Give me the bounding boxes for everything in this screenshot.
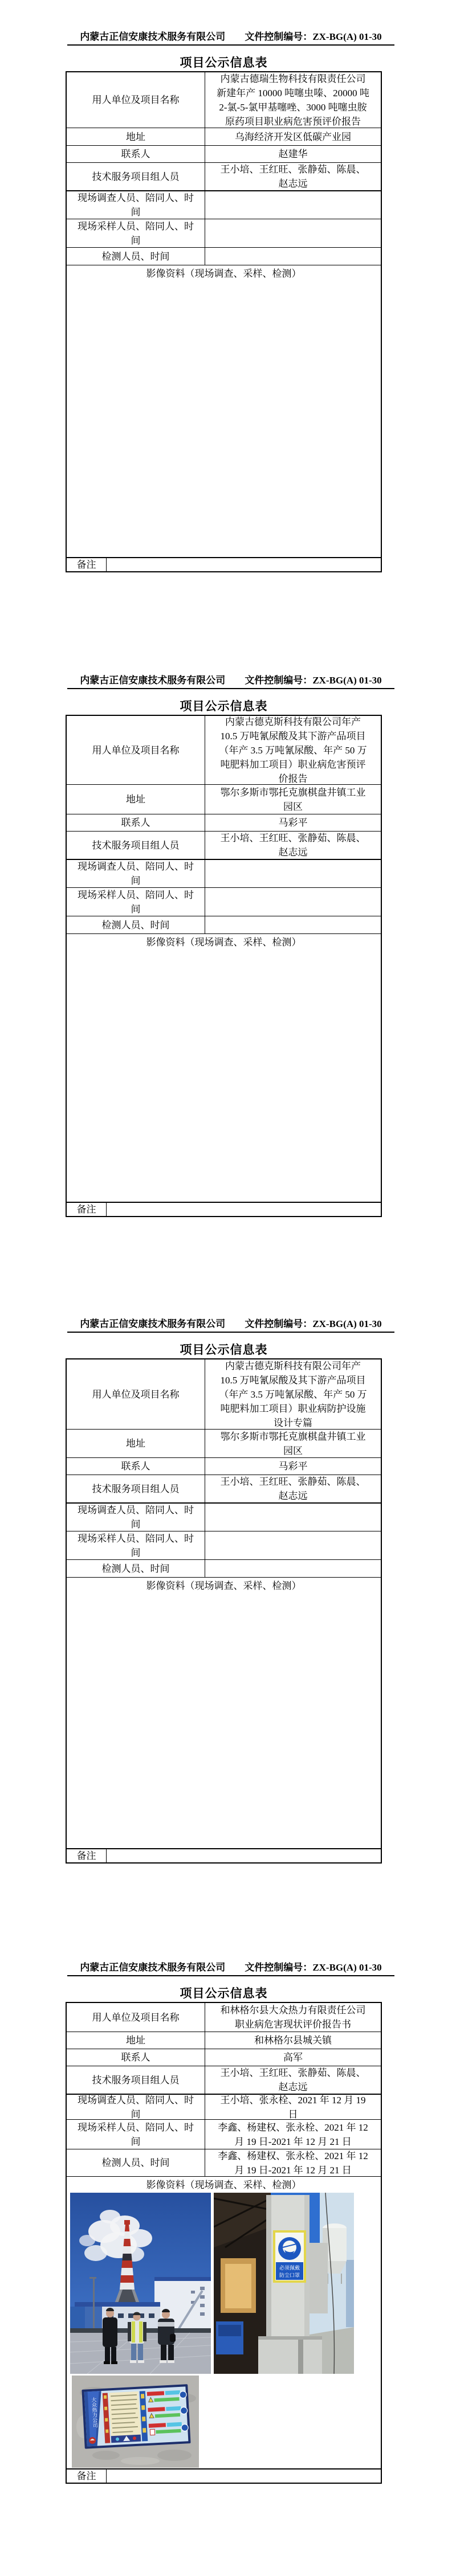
row-survey: 现场调查人员、陪同人、时 间 (67, 859, 381, 887)
row-employer: 用人单位及项目名称 和林格尔县大众热力有限责任公司 职业病危害现状评价报告书 (67, 2003, 381, 2032)
row-address: 地址 鄂尔多斯市鄂托克旗棋盘井镇工业 园区 (67, 1429, 381, 1457)
testing-value (205, 248, 381, 265)
row-survey: 现场调查人员、陪同人、时 间 王小培、张永栓、2021 年 12 月 19 日 (67, 2094, 381, 2119)
row-employer: 用人单位及项目名称 内蒙古德瑞生物科技有限责任公司 新建年产 10000 吨噻虫… (67, 72, 381, 128)
team-value: 王小培、王红旺、张静茹、陈晨、 赵志远 (205, 1475, 381, 1502)
doc-control-value: ZX-BG(A) 01-30 (312, 1962, 381, 1973)
row-team: 技术服务项目组人员 王小培、王红旺、张静茹、陈晨、 赵志远 (67, 2066, 381, 2094)
contact-label: 联系人 (67, 2049, 205, 2066)
row-survey: 现场调查人员、陪同人、时 间 (67, 1502, 381, 1531)
sheet-title: 项目公示信息表 (66, 697, 382, 714)
project-info-table: 用人单位及项目名称 内蒙古德克斯科技有限公司年产 10.5 万吨氰尿酸及其下游产… (66, 715, 382, 1217)
team-value: 王小培、王红旺、张静茹、陈晨、 赵志远 (205, 832, 381, 859)
row-remark: 备注 (67, 1848, 381, 1862)
row-remark: 备注 (67, 2468, 381, 2483)
row-remark: 备注 (67, 1202, 381, 1216)
doc-control-value: ZX-BG(A) 01-30 (312, 1318, 381, 1329)
row-contact: 联系人 马彩平 (67, 1457, 381, 1475)
row-team: 技术服务项目组人员 王小培、王红旺、张静茹、陈晨、 赵志远 (67, 162, 381, 190)
sheet-title: 项目公示信息表 (66, 1984, 382, 2001)
photo-notice-board: 大众热力公司 (72, 2376, 199, 2468)
company-name: 内蒙古正信安康技术服务有限公司 (80, 1316, 225, 1330)
address-label: 地址 (67, 1430, 205, 1457)
survey-value (205, 860, 381, 887)
contact-value: 高军 (205, 2049, 381, 2066)
sampling-value (205, 219, 381, 247)
doc-header: 内蒙古正信安康技术服务有限公司 文件控制编号：ZX-BG(A) 01-30 (67, 1316, 394, 1333)
doc-header: 内蒙古正信安康技术服务有限公司 文件控制编号：ZX-BG(A) 01-30 (67, 672, 394, 689)
row-employer: 用人单位及项目名称 内蒙古德克斯科技有限公司年产 10.5 万吨氰尿酸及其下游产… (67, 716, 381, 784)
address-value: 乌海经济开发区低碳产业园 (205, 128, 381, 145)
survey-label: 现场调查人员、陪同人、时 间 (67, 1504, 205, 1531)
team-label: 技术服务项目组人员 (67, 832, 205, 859)
sampling-value (205, 888, 381, 916)
row-address: 地址 鄂尔多斯市鄂托克旗棋盘井镇工业 园区 (67, 784, 381, 814)
row-sampling: 现场采样人员、陪同人、时 间 (67, 219, 381, 247)
sheet-title: 项目公示信息表 (66, 1341, 382, 1358)
testing-value (205, 916, 381, 933)
contact-label: 联系人 (67, 1458, 205, 1475)
media-label: 影像资料（现场调查、采样、检测） (67, 2177, 381, 2192)
remark-value (107, 1203, 381, 1216)
row-team: 技术服务项目组人员 王小培、王红旺、张静茹、陈晨、 赵志远 (67, 1475, 381, 1502)
employer-label: 用人单位及项目名称 (67, 72, 205, 128)
media-label: 影像资料（现场调查、采样、检测） (67, 265, 381, 281)
doc-control-label: 文件控制编号： (245, 675, 312, 686)
team-label: 技术服务项目组人员 (67, 163, 205, 190)
dust-mask-sign: 必须佩戴 防尘口罩 (274, 2231, 305, 2282)
team-label: 技术服务项目组人员 (67, 2066, 205, 2094)
mask-sign-text-line1: 必须佩戴 (279, 2264, 300, 2271)
remark-label: 备注 (67, 2469, 107, 2483)
doc-control-value: ZX-BG(A) 01-30 (312, 675, 381, 686)
row-media: 影像资料（现场调查、采样、检测） (67, 1577, 381, 1848)
team-value: 王小培、王红旺、张静茹、陈晨、 赵志远 (205, 163, 381, 190)
remark-label: 备注 (67, 1203, 107, 1216)
employer-value: 和林格尔县大众热力有限责任公司 职业病危害现状评价报告书 (205, 2003, 381, 2032)
row-survey: 现场调查人员、陪同人、时 间 (67, 190, 381, 219)
doc-header: 内蒙古正信安康技术服务有限公司 文件控制编号：ZX-BG(A) 01-30 (67, 28, 394, 46)
row-remark: 备注 (67, 557, 381, 571)
sampling-label: 现场采样人员、陪同人、时 间 (67, 2120, 205, 2149)
survey-label: 现场调查人员、陪同人、时 间 (67, 860, 205, 887)
contact-value: 马彩平 (205, 814, 381, 831)
project-info-table: 用人单位及项目名称 和林格尔县大众热力有限责任公司 职业病危害现状评价报告书 地… (66, 2002, 382, 2484)
page-1: 内蒙古正信安康技术服务有限公司 文件控制编号：ZX-BG(A) 01-30 项目… (0, 0, 456, 644)
page-2: 内蒙古正信安康技术服务有限公司 文件控制编号：ZX-BG(A) 01-30 项目… (0, 644, 456, 1287)
row-sampling: 现场采样人员、陪同人、时 间 李鑫、杨建权、张永栓、2021 年 12 月 19… (67, 2119, 381, 2149)
employer-value: 内蒙古德克斯科技有限公司年产 10.5 万吨氰尿酸及其下游产品项目 （年产 3.… (205, 716, 381, 784)
doc-control-number: 文件控制编号：ZX-BG(A) 01-30 (245, 672, 381, 686)
doc-control-label: 文件控制编号： (245, 1962, 312, 1973)
doc-control-label: 文件控制编号： (245, 31, 312, 42)
remark-label: 备注 (67, 1849, 107, 1862)
doc-control-number: 文件控制编号：ZX-BG(A) 01-30 (245, 28, 381, 43)
photo-site-survey (70, 2193, 211, 2374)
mask-sign-text-line2: 防尘口罩 (279, 2272, 300, 2278)
remark-label: 备注 (67, 558, 107, 571)
testing-label: 检测人员、时间 (67, 2149, 205, 2176)
survey-label: 现场调查人员、陪同人、时 间 (67, 2095, 205, 2119)
contact-value: 马彩平 (205, 1458, 381, 1475)
remark-value (107, 2469, 381, 2483)
row-testing: 检测人员、时间 (67, 1559, 381, 1577)
address-value: 鄂尔多斯市鄂托克旗棋盘井镇工业 园区 (205, 785, 381, 814)
row-media: 影像资料（现场调查、采样、检测） (67, 2176, 381, 2468)
doc-header: 内蒙古正信安康技术服务有限公司 文件控制编号：ZX-BG(A) 01-30 (67, 1959, 394, 1976)
address-label: 地址 (67, 2032, 205, 2049)
row-sampling: 现场采样人员、陪同人、时 间 (67, 1531, 381, 1559)
photo-mask-sign: 必须佩戴 防尘口罩 (214, 2193, 354, 2374)
address-label: 地址 (67, 785, 205, 814)
doc-control-value: ZX-BG(A) 01-30 (312, 31, 381, 42)
row-testing: 检测人员、时间 (67, 916, 381, 933)
company-name: 内蒙古正信安康技术服务有限公司 (80, 672, 225, 686)
row-media: 影像资料（现场调查、采样、检测） (67, 933, 381, 1202)
row-contact: 联系人 马彩平 (67, 814, 381, 831)
row-contact: 联系人 赵建华 (67, 145, 381, 162)
sheet-title: 项目公示信息表 (66, 54, 382, 71)
employer-value: 内蒙古德瑞生物科技有限责任公司 新建年产 10000 吨噻虫嗪、20000 吨 … (205, 72, 381, 128)
survey-value (205, 1504, 381, 1531)
address-value: 和林格尔县城关镇 (205, 2032, 381, 2049)
doc-control-label: 文件控制编号： (245, 1318, 312, 1329)
contact-label: 联系人 (67, 814, 205, 831)
media-label: 影像资料（现场调查、采样、检测） (67, 934, 381, 949)
row-address: 地址 和林格尔县城关镇 (67, 2032, 381, 2049)
row-employer: 用人单位及项目名称 内蒙古德克斯科技有限公司年产 10.5 万吨氰尿酸及其下游产… (67, 1359, 381, 1429)
site-survey-photo-graphic (70, 2193, 211, 2374)
page-3: 内蒙古正信安康技术服务有限公司 文件控制编号：ZX-BG(A) 01-30 项目… (0, 1287, 456, 1931)
employer-value: 内蒙古德克斯科技有限公司年产 10.5 万吨氰尿酸及其下游产品项目 （年产 3.… (205, 1359, 381, 1429)
survey-value (205, 191, 381, 219)
row-sampling: 现场采样人员、陪同人、时 间 (67, 887, 381, 916)
notice-board: 大众热力公司 (82, 2384, 190, 2449)
sampling-value: 李鑫、杨建权、张永栓、2021 年 12 月 19 日-2021 年 12 月 … (205, 2120, 381, 2149)
testing-value: 李鑫、杨建权、张永栓、2021 年 12 月 19 日-2021 年 12 月 … (205, 2149, 381, 2176)
survey-label: 现场调查人员、陪同人、时 间 (67, 191, 205, 219)
row-testing: 检测人员、时间 (67, 247, 381, 265)
contact-value: 赵建华 (205, 146, 381, 162)
company-name: 内蒙古正信安康技术服务有限公司 (80, 1959, 225, 1973)
address-label: 地址 (67, 128, 205, 145)
contact-label: 联系人 (67, 146, 205, 162)
mask-sign-photo-graphic: 必须佩戴 防尘口罩 (214, 2193, 354, 2374)
remark-value (107, 1849, 381, 1862)
testing-label: 检测人员、时间 (67, 916, 205, 933)
team-label: 技术服务项目组人员 (67, 1475, 205, 1502)
sampling-label: 现场采样人员、陪同人、时 间 (67, 1531, 205, 1559)
doc-control-number: 文件控制编号：ZX-BG(A) 01-30 (245, 1959, 381, 1973)
row-testing: 检测人员、时间 李鑫、杨建权、张永栓、2021 年 12 月 19 日-2021… (67, 2149, 381, 2176)
employer-label: 用人单位及项目名称 (67, 2003, 205, 2032)
sampling-value (205, 1531, 381, 1559)
team-value: 王小培、王红旺、张静茹、陈晨、 赵志远 (205, 2066, 381, 2094)
testing-value (205, 1560, 381, 1577)
employer-label: 用人单位及项目名称 (67, 716, 205, 784)
address-value: 鄂尔多斯市鄂托克旗棋盘井镇工业 园区 (205, 1430, 381, 1457)
row-team: 技术服务项目组人员 王小培、王红旺、张静茹、陈晨、 赵志远 (67, 831, 381, 859)
notice-board-photo-graphic: 大众热力公司 (72, 2376, 199, 2468)
sampling-label: 现场采样人员、陪同人、时 间 (67, 888, 205, 916)
testing-label: 检测人员、时间 (67, 248, 205, 265)
row-address: 地址 乌海经济开发区低碳产业园 (67, 128, 381, 145)
page-4: 内蒙古正信安康技术服务有限公司 文件控制编号：ZX-BG(A) 01-30 项目… (0, 1931, 456, 2574)
doc-control-number: 文件控制编号：ZX-BG(A) 01-30 (245, 1316, 381, 1330)
testing-label: 检测人员、时间 (67, 1560, 205, 1577)
project-info-table: 用人单位及项目名称 内蒙古德克斯科技有限公司年产 10.5 万吨氰尿酸及其下游产… (66, 1358, 382, 1864)
survey-value: 王小培、张永栓、2021 年 12 月 19 日 (205, 2095, 381, 2119)
remark-value (107, 558, 381, 571)
sampling-label: 现场采样人员、陪同人、时 间 (67, 219, 205, 247)
employer-label: 用人单位及项目名称 (67, 1359, 205, 1429)
row-media: 影像资料（现场调查、采样、检测） (67, 265, 381, 557)
media-label: 影像资料（现场调查、采样、检测） (67, 1578, 381, 1593)
project-info-table: 用人单位及项目名称 内蒙古德瑞生物科技有限责任公司 新建年产 10000 吨噻虫… (66, 71, 382, 572)
row-contact: 联系人 高军 (67, 2049, 381, 2066)
company-name: 内蒙古正信安康技术服务有限公司 (80, 28, 225, 43)
